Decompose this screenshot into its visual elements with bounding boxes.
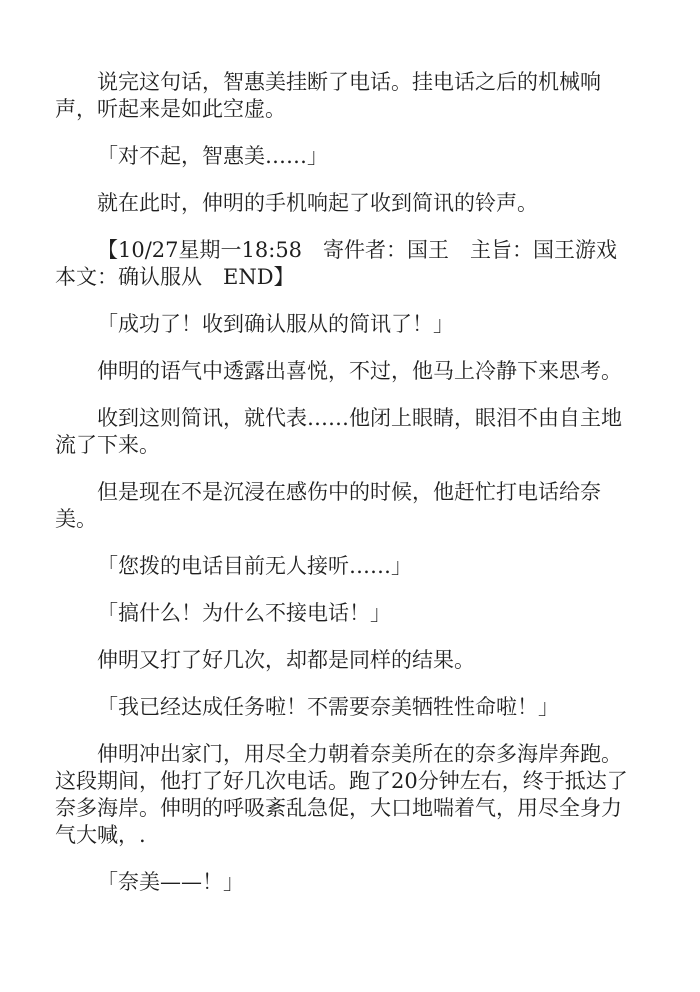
narration-paragraph: 伸明冲出家门，用尽全力朝着奈美所在的奈多海岸奔跑。 这段期间，他打了好几次电话。… (55, 741, 650, 849)
narration-paragraph: 伸明又打了好几次，却都是同样的结果。 (55, 647, 650, 674)
sms-message: 【10/27星期一18:58 寄件者：国王 主旨：国王游戏 本文：确认服从 EN… (55, 237, 650, 291)
narration-paragraph: 但是现在不是沉浸在感伤中的时候，他赶忙打电话给奈 美。 (55, 479, 650, 533)
narration-paragraph: 收到这则简讯，就代表……他闭上眼睛，眼泪不由自主地 流了下来。 (55, 405, 650, 459)
narration-paragraph: 伸明的语气中透露出喜悦，不过，他马上冷静下来思考。 (55, 358, 650, 385)
narration-paragraph: 就在此时，伸明的手机响起了收到简讯的铃声。 (55, 190, 650, 217)
dialogue-line: 「我已经达成任务啦！不需要奈美牺牲性命啦！」 (55, 694, 650, 721)
narration-paragraph: 说完这句话，智惠美挂断了电话。挂电话之后的机械响 声，听起来是如此空虚。 (55, 69, 650, 123)
novel-page: 说完这句话，智惠美挂断了电话。挂电话之后的机械响 声，听起来是如此空虚。 「对不… (0, 0, 700, 992)
novel-text-block: 说完这句话，智惠美挂断了电话。挂电话之后的机械响 声，听起来是如此空虚。 「对不… (55, 69, 650, 896)
dialogue-line: 「您拨的电话目前无人接听……」 (55, 553, 650, 580)
dialogue-line: 「对不起，智惠美……」 (55, 143, 650, 170)
dialogue-line: 「奈美——！」 (55, 869, 650, 896)
dialogue-line: 「成功了！收到确认服从的简讯了！」 (55, 311, 650, 338)
dialogue-line: 「搞什么！为什么不接电话！」 (55, 600, 650, 627)
